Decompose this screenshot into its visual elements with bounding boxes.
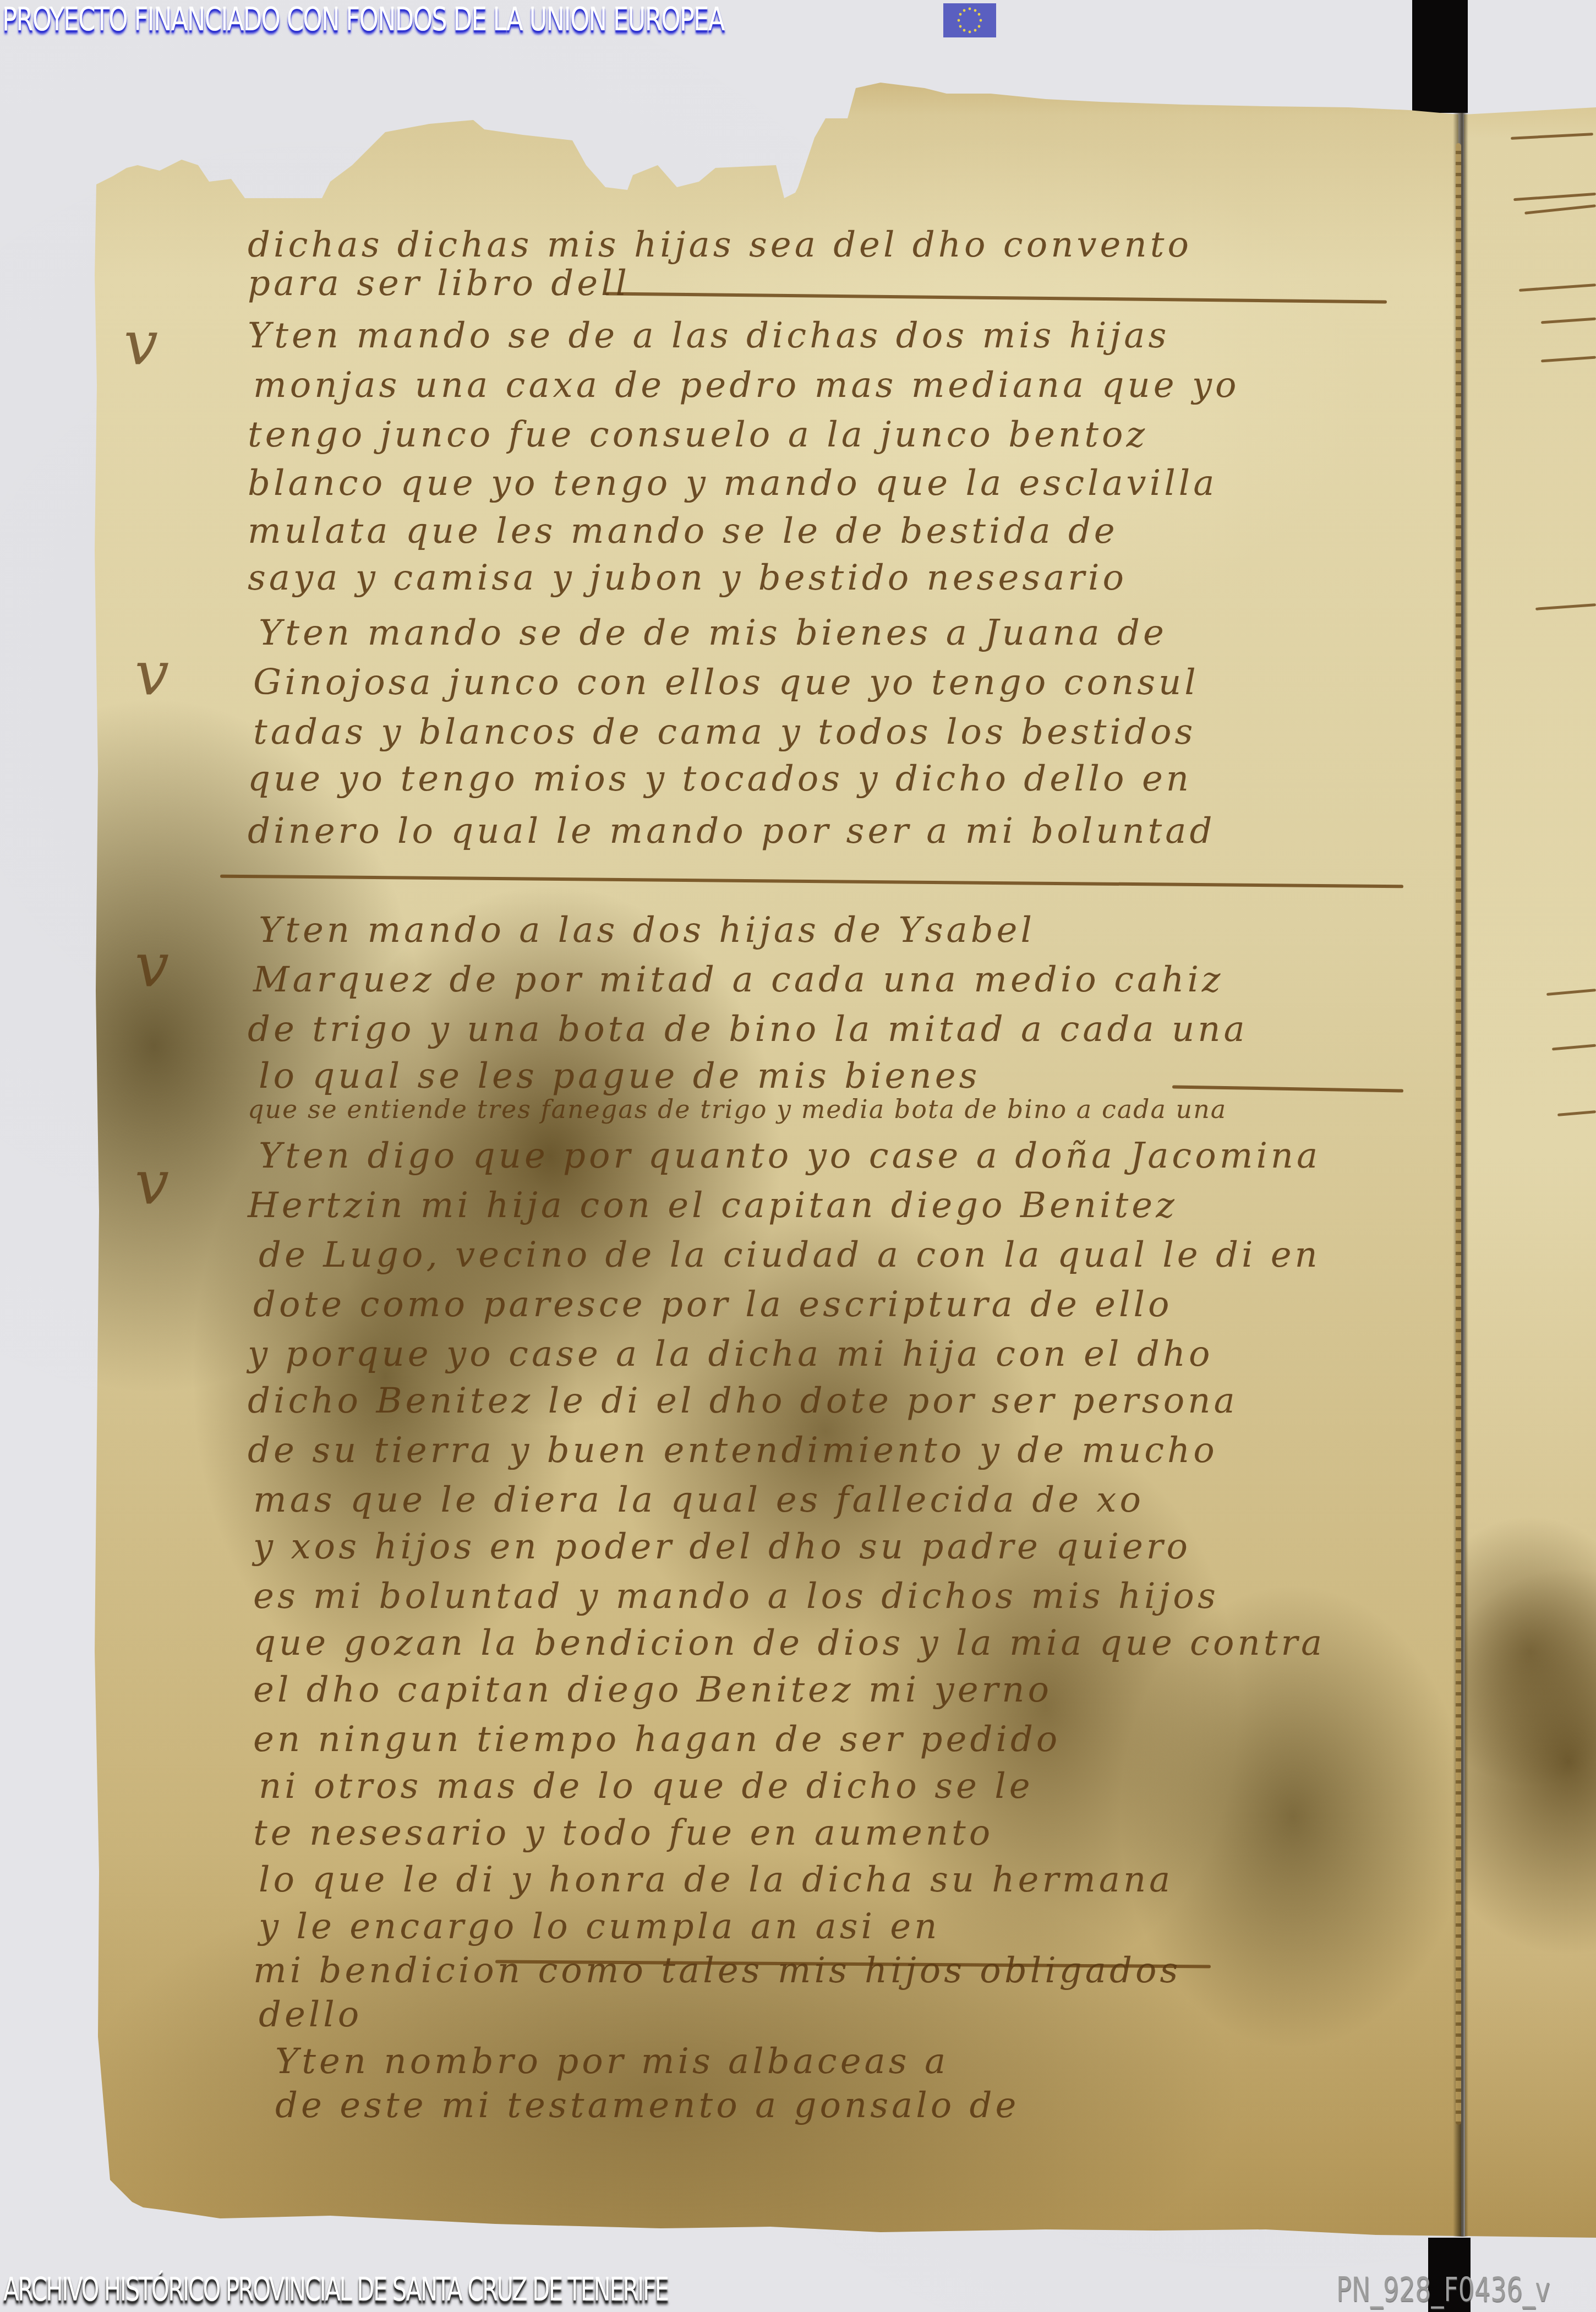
eu-flag-icon [943,3,996,37]
manuscript-page-left [0,0,1596,2312]
spine-strip-top [1412,0,1468,113]
binding-thread [1456,143,1461,2125]
archive-name: ARCHIVO HISTÓRICO PROVINCIAL DE SANTA CR… [3,2272,668,2306]
eu-stars-icon [943,3,996,37]
image-id: PN_928_F0436_v [1336,2272,1550,2308]
funding-notice: PROYECTO FINANCIADO CON FONDOS DE LA UNI… [2,1,724,37]
